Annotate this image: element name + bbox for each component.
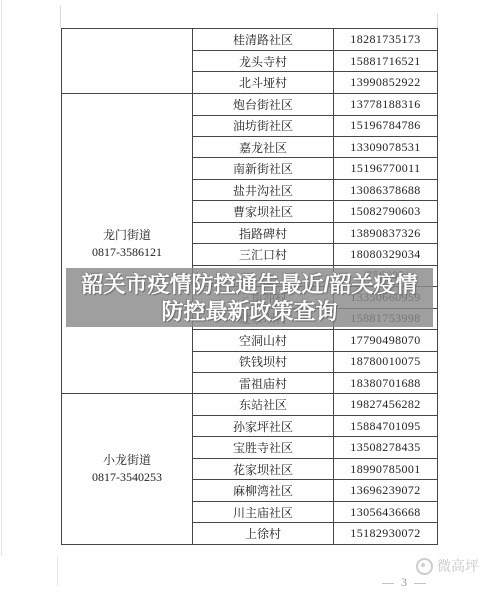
table-row: 川主庙社区 13056436668 [193,501,437,523]
community-phone: 18780010075 [334,352,437,372]
community-phone: 13309078531 [334,137,437,157]
community-phone: 13778188316 [334,94,437,114]
community-name: 东站社区 [193,394,334,415]
community-rows: 桂清路社区 18281735173 龙头寺村 15881716521 北斗垭村 … [193,29,437,93]
community-phone: 18080329034 [334,244,437,264]
table-row: 北斗垭村 13990852922 [193,71,437,93]
table-row: 铁钱坝村 18780010075 [193,351,437,372]
community-phone: 13056436668 [334,502,437,523]
street-name: 龙门街道 [103,227,151,244]
community-name: 孙家坪社区 [193,416,334,437]
street-cell: 小龙街道 0817-3540253 [62,394,193,544]
community-name: 三汇口村 [193,244,334,264]
community-rows: 东站社区 19827456282 孙家坪社区 15884701095 宝胜寺社区… [193,394,437,544]
table-row: 孙家坪社区 15884701095 [193,415,437,437]
page-left-edge [1,0,2,556]
table-row: 指路碑村 13890837326 [193,222,437,243]
watermark-text-overlay: 韶关市疫情防控通告最近/韶关疫情 防控最新政策查询 [66,268,433,327]
community-phone: 13990852922 [334,72,437,93]
community-name: 上徐村 [193,523,334,544]
table-row: 宝胜寺社区 13508278435 [193,436,437,458]
community-name: 花家坝社区 [193,459,334,480]
bottom-left-tick [57,556,58,586]
brand-watermark-label: 微高坪 [437,556,479,576]
community-rows: 炮台街社区 13778188316 油坊街社区 15196784786 嘉龙社区… [193,94,437,393]
community-name: 盐井沟社区 [193,180,334,200]
table-row: 南新街社区 15196770011 [193,157,437,178]
table-row: 三汇口村 18080329034 [193,243,437,264]
community-name: 桂清路社区 [193,29,334,50]
table-row: 雷祖庙村 18380701688 [193,372,437,393]
table-row: 空洞山村 17790498070 [193,329,437,350]
community-name: 宝胜寺社区 [193,437,334,458]
page-number: — 3 — [382,575,428,590]
community-name: 麻柳湾社区 [193,480,334,501]
street-name: 小龙街道 [103,452,151,469]
community-phone: 13890837326 [334,223,437,243]
community-phone: 15881716521 [334,51,437,72]
community-phone: 15196784786 [334,116,437,136]
street-section-xiaolong: 小龙街道 0817-3540253 东站社区 19827456282 孙家坪社区… [62,393,437,544]
overlay-line-1: 韶关市疫情防控通告最近/韶关疫情 [81,271,417,298]
table-row: 东站社区 19827456282 [193,394,437,415]
community-name: 指路碑村 [193,223,334,243]
community-name: 油坊街社区 [193,116,334,136]
table-row: 花家坝社区 18990785001 [193,458,437,480]
community-name: 空洞山村 [193,330,334,350]
community-phone: 15196770011 [334,158,437,178]
top-left-tick [60,6,61,28]
community-phone: 17790498070 [334,330,437,350]
community-phone: 19827456282 [334,394,437,415]
table-row: 炮台街社区 13778188316 [193,94,437,114]
overlay-line-2: 防控最新政策查询 [161,298,337,325]
community-name: 南新街社区 [193,158,334,178]
table-row: 油坊街社区 15196784786 [193,115,437,136]
community-phone: 18380701688 [334,373,437,393]
table-row: 曹家坝社区 15082790603 [193,200,437,221]
community-name: 北斗垭村 [193,72,334,93]
street-section-longmen: 龙门街道 0817-3586121 炮台街社区 13778188316 油坊街社… [62,93,437,393]
table-row: 盐井沟社区 13086378688 [193,179,437,200]
community-phone: 13508278435 [334,437,437,458]
community-name: 龙头寺村 [193,51,334,72]
community-phone: 18990785001 [334,459,437,480]
community-phone: 15082790603 [334,201,437,221]
table-row: 上徐村 15182930072 [193,522,437,544]
community-name: 嘉龙社区 [193,137,334,157]
community-phone: 15884701095 [334,416,437,437]
community-phone: 15182930072 [334,523,437,544]
table-row: 麻柳湾社区 13696239072 [193,479,437,501]
street-cell: 龙门街道 0817-3586121 [62,94,193,393]
table-row: 龙头寺村 15881716521 [193,50,437,72]
community-phone: 13696239072 [334,480,437,501]
street-cell [62,29,193,93]
community-name: 曹家坝社区 [193,201,334,221]
community-phone: 18281735173 [334,29,437,50]
community-phone: 13086378688 [334,180,437,200]
brand-logo-icon [416,558,433,575]
brand-watermark: 微高坪 [416,556,479,576]
community-name: 铁钱坝村 [193,352,334,372]
community-name: 川主庙社区 [193,502,334,523]
top-right-tick [437,13,438,28]
table-row: 嘉龙社区 13309078531 [193,136,437,157]
street-phone: 0817-3540253 [92,469,162,486]
street-section-continued: 桂清路社区 18281735173 龙头寺村 15881716521 北斗垭村 … [62,29,437,93]
community-name: 炮台街社区 [193,94,334,114]
community-name: 雷祖庙村 [193,373,334,393]
street-phone: 0817-3586121 [92,244,162,261]
table-row: 桂清路社区 18281735173 [193,29,437,50]
